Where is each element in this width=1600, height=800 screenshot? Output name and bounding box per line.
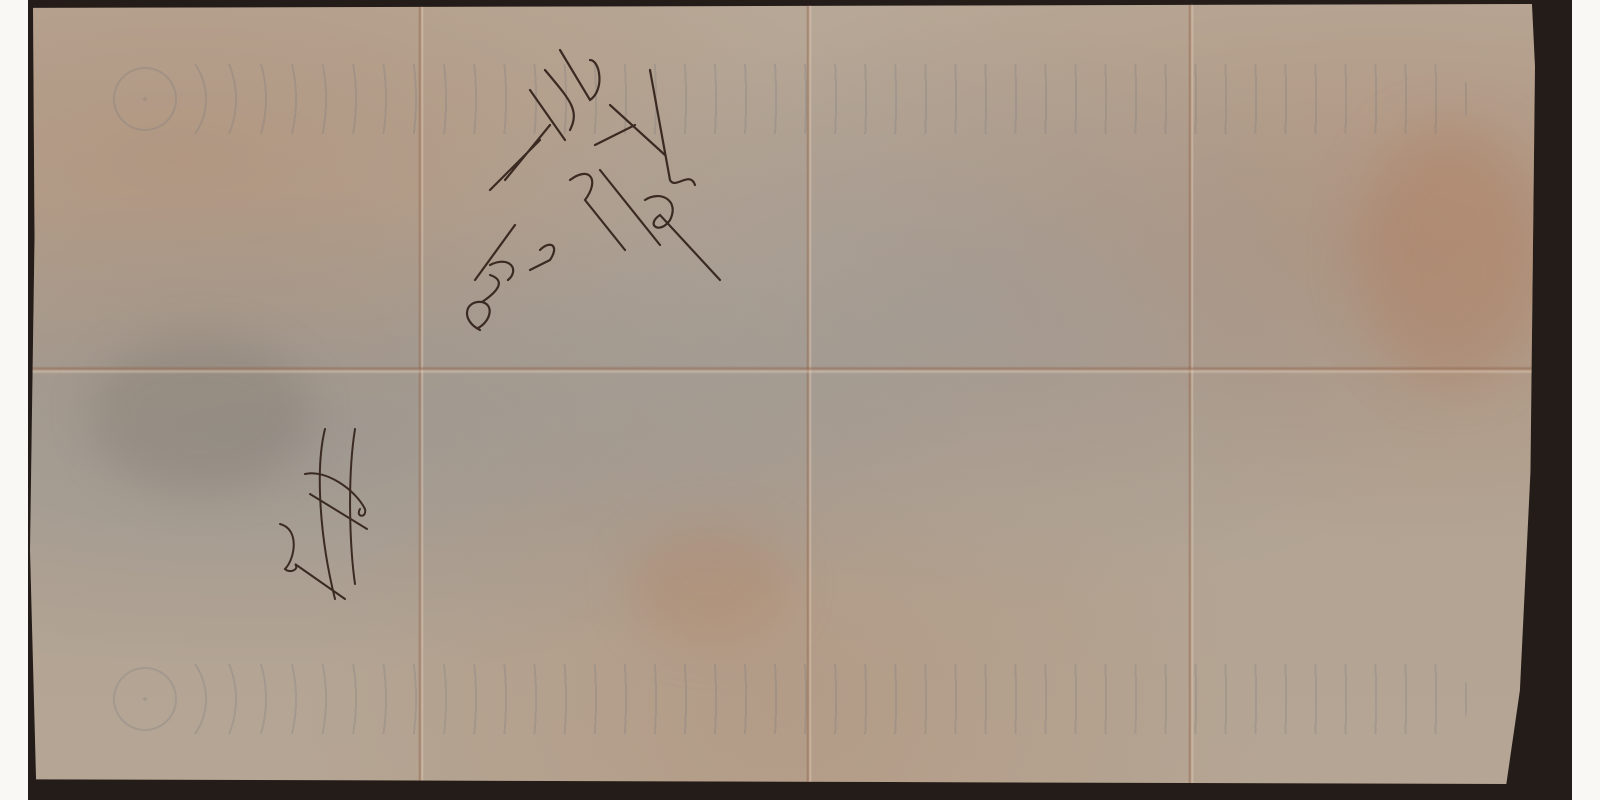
handwritten-monogram	[255, 409, 385, 609]
fold-line	[806, 4, 812, 784]
scalloped-border-bottom	[110, 664, 1470, 734]
handwritten-endorsement	[420, 30, 760, 370]
scalloped-border-top	[110, 64, 1470, 134]
banknote-reverse	[30, 4, 1538, 784]
stain	[630, 524, 790, 644]
stain	[1360, 124, 1540, 384]
fold-line	[30, 366, 1538, 374]
fold-line	[1188, 4, 1194, 784]
